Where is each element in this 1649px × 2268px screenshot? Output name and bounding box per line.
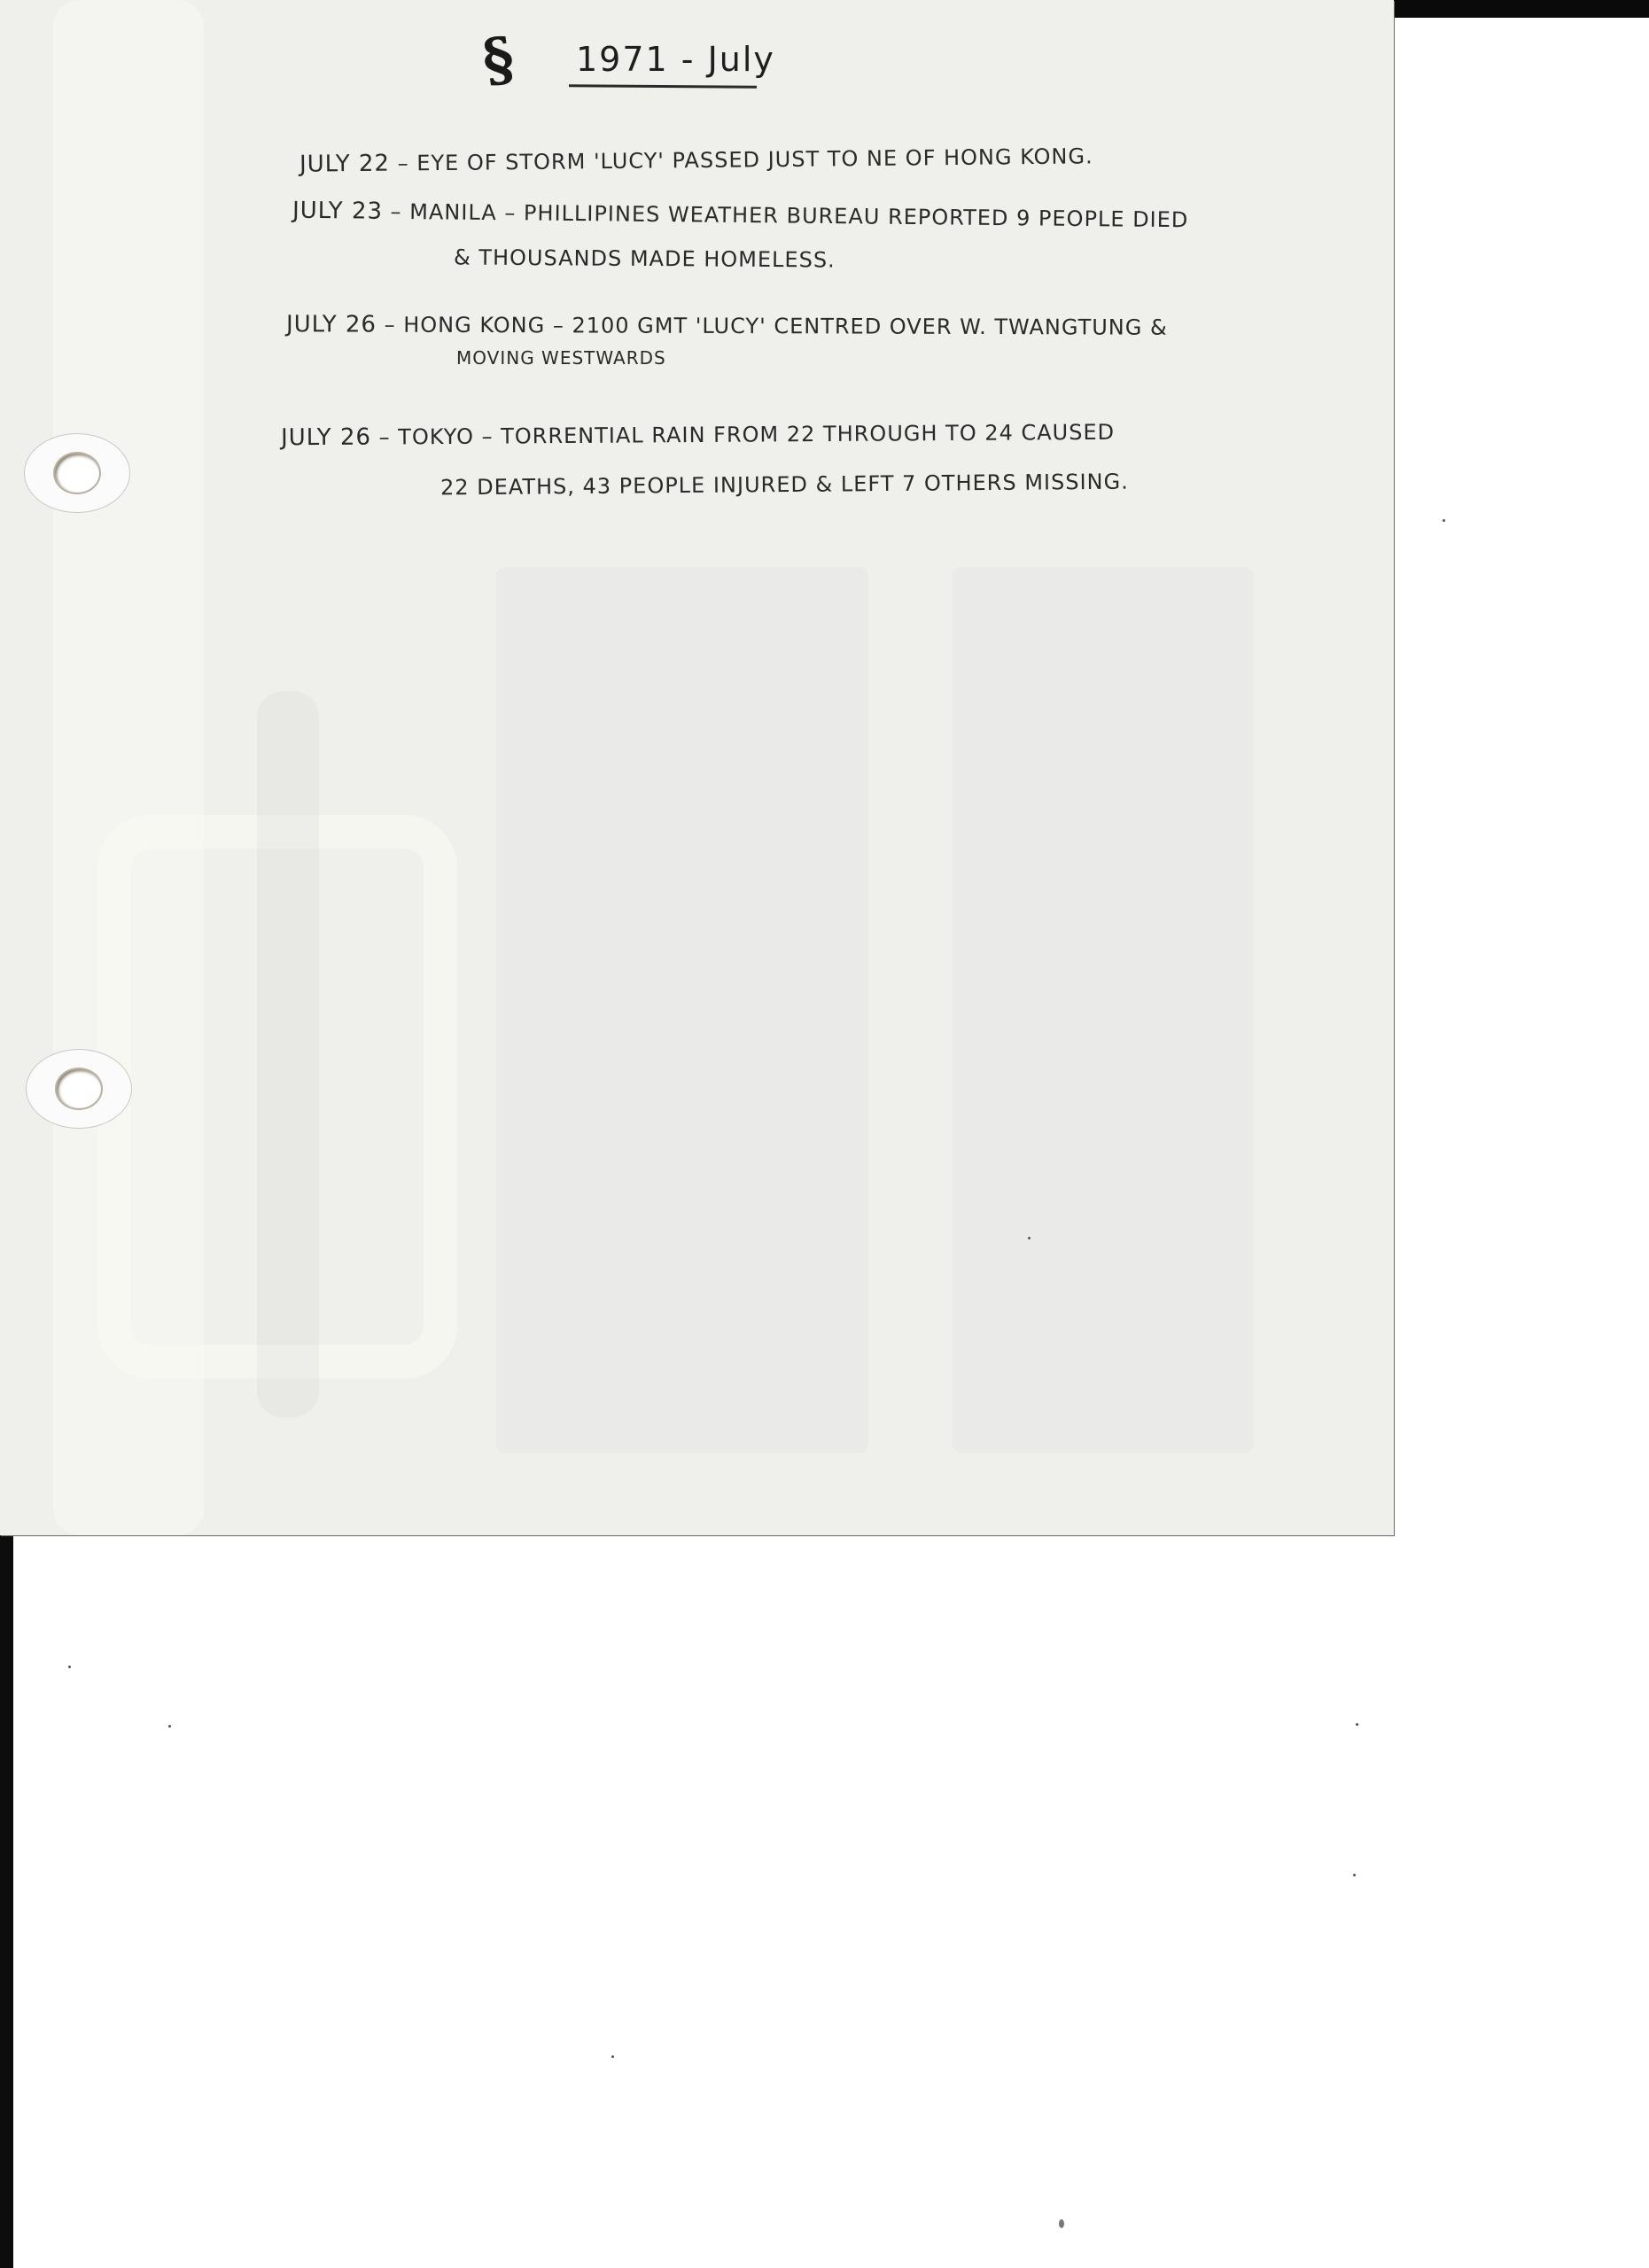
entry-1: July 22 – Eye of storm 'Lucy' passed jus… [299, 143, 1093, 177]
entry-date: July 26 [286, 311, 377, 338]
cyclone-icon: § [478, 23, 518, 96]
entry-3: July 26 – Hong Kong – 2100 GMT 'Lucy' ce… [286, 311, 1168, 340]
scanner-edge-left [0, 1535, 13, 2268]
entry-3-continuation: moving westwards [456, 347, 666, 369]
punch-hole-reinforcement [25, 434, 129, 512]
entry-text: – Manila – Phillipines Weather Bureau re… [390, 199, 1188, 232]
entry-2-continuation: & thousands made homeless. [454, 245, 836, 272]
backing-show-through [257, 691, 319, 1417]
entry-2: July 23 – Manila – Phillipines Weather B… [292, 198, 1189, 234]
entry-text: – Tokyo – Torrential rain from 22 throug… [379, 420, 1116, 450]
notebook-page: § 1971 - July July 22 – Eye of storm 'Lu… [0, 0, 1394, 1535]
entry-text: – Eye of storm 'Lucy' passed just to NE … [397, 144, 1093, 175]
page-title: 1971 - July [576, 40, 775, 79]
entry-date: July 23 [292, 198, 383, 225]
entry-date: July 22 [299, 151, 390, 178]
entry-4: July 26 – Tokyo – Torrential rain from 2… [281, 419, 1115, 452]
entry-text: – Hong Kong – 2100 GMT 'Lucy' centred ov… [385, 313, 1168, 340]
scanner-edge-top [1387, 0, 1649, 18]
backing-show-through [953, 567, 1254, 1453]
backing-show-through [496, 567, 868, 1453]
title-underline [569, 84, 757, 88]
entry-date: July 26 [281, 424, 371, 452]
entry-4-continuation: 22 deaths, 43 people injured & left 7 ot… [440, 470, 1129, 501]
punch-hole-reinforcement [27, 1050, 131, 1128]
